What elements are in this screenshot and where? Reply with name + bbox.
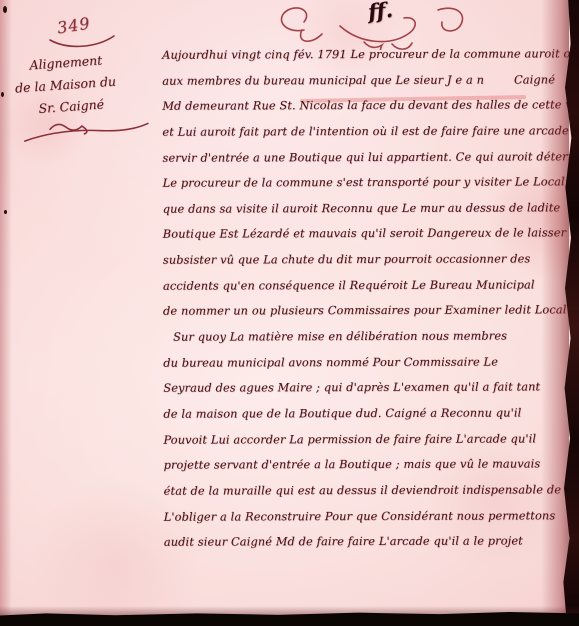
manuscript-scan-page: 349 ff. Alignement de la Maison du Sr. C… bbox=[0, 0, 579, 626]
manuscript-line: Aujourdhui vingt cinq fév. 1791 Le procu… bbox=[162, 41, 562, 68]
page-number-underline-flourish bbox=[46, 34, 118, 50]
manuscript-line: Pouvoit Lui accorder La permission de fa… bbox=[163, 426, 563, 453]
manuscript-line: audit sieur Caigné Md de faire faire L'a… bbox=[164, 528, 564, 555]
manuscript-line: Boutique Est Lézardé et mauvais qu'il se… bbox=[163, 221, 563, 248]
manuscript-line: de la maison que de la Boutique dud. Cai… bbox=[163, 400, 563, 427]
manuscript-line: Md demeurant Rue St. Nicolas la face du … bbox=[162, 93, 562, 120]
manuscript-line: état de la muraille qui est au dessus il… bbox=[164, 477, 564, 504]
manuscript-line: aux membres du bureau municipal que Le s… bbox=[162, 67, 562, 94]
manuscript-body: Aujourdhui vingt cinq fév. 1791 Le procu… bbox=[162, 41, 564, 555]
manuscript-line: et Lui auroit fait part de l'intention o… bbox=[162, 118, 562, 145]
scan-speck bbox=[4, 210, 7, 214]
manuscript-line: L'obliger a la Reconstruire Pour que Con… bbox=[164, 503, 564, 530]
manuscript-line: de nommer un ou plusieurs Commissaires p… bbox=[163, 298, 563, 325]
manuscript-line: du bureau municipal avons nommé Pour Com… bbox=[163, 349, 563, 376]
scan-speck bbox=[1, 92, 4, 97]
manuscript-line: Sur quoy La matière mise en délibération… bbox=[163, 323, 563, 350]
manuscript-line: que dans sa visite il auroit Reconnu que… bbox=[163, 195, 563, 222]
margin-note-underline-flourish bbox=[22, 114, 153, 145]
manuscript-line: accidents qu'en conséquence il Requéroit… bbox=[163, 272, 563, 299]
manuscript-line: subsister vû que La chute du dit mur pou… bbox=[163, 246, 563, 273]
manuscript-line: Le procureur de la commune s'est transpo… bbox=[163, 170, 563, 197]
margin-note: Alignement de la Maison du Sr. Caigné bbox=[13, 45, 179, 153]
manuscript-line: Seyraud des agues Maire ; qui d'après L'… bbox=[163, 375, 563, 402]
manuscript-line: projette servant d'entrée a la Boutique … bbox=[164, 452, 564, 479]
binding-shadow bbox=[541, 0, 569, 626]
header-flourish-glyphs: ff. bbox=[367, 0, 394, 24]
scan-speck bbox=[3, 6, 7, 13]
manuscript-line: servir d'entrée a une Boutique qui lui a… bbox=[162, 144, 562, 171]
